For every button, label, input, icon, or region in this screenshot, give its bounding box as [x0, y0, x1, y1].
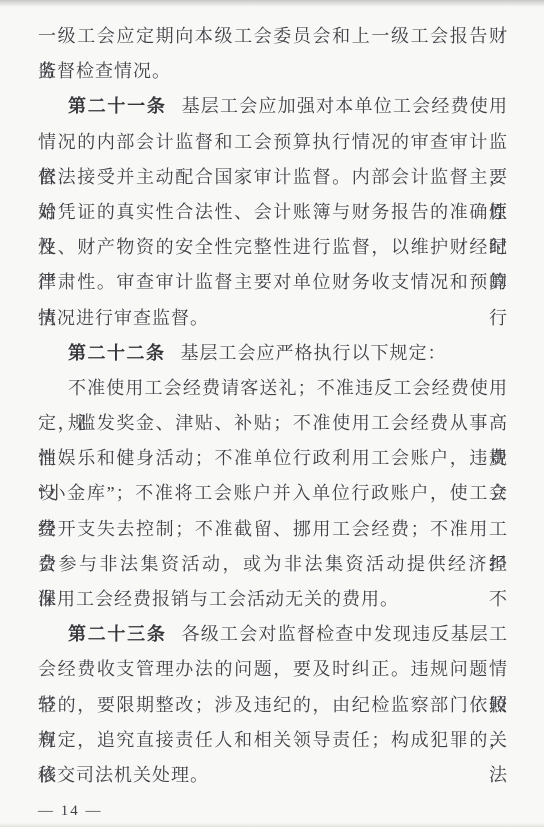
text-line: 会经费收支管理办法的问题，要及时纠正。违规问题情节较 [38, 652, 508, 687]
text-line: “小金库”；不准将工会账户并入单位行政账户，使工会经 [38, 476, 508, 511]
article-number: 第二十三条 [68, 624, 167, 644]
page-number: — 14 — [38, 803, 103, 820]
text-line: 规定，追究直接责任人和相关领导责任；构成犯罪的，依法 [38, 723, 508, 758]
text-line: 轻的，要限期整改；涉及违纪的，由纪检监察部门依照有关 [38, 688, 508, 723]
text-line: 费开支失去控制；不准截留、挪用工会经费；不准用工会经 [38, 512, 508, 547]
document-page: 一级工会应定期向本级工会委员会和上一级工会报告财务 监督检查情况。 第二十一条基… [0, 0, 544, 827]
text-line: 性娱乐和健身活动；不准单位行政利用工会账户，违规设立 [38, 441, 508, 476]
line-text: 各级工会对监督检查中发现违反基层工 [182, 624, 508, 644]
line-text: 基层工会应严格执行以下规定： [181, 343, 447, 363]
line-text: 基层工会应加强对本单位工会经费使用 [182, 96, 508, 116]
text-line: 监督检查情况。 [38, 54, 508, 89]
text-line: 依法接受并主动配合国家审计监督。内部会计监督主要对原 [38, 160, 508, 195]
text-line: 性、财产物资的安全性完整性进行监督，以维护财经纪律的 [38, 230, 508, 265]
line-text: 监督检查情况。 [38, 61, 171, 81]
document-body: 一级工会应定期向本级工会委员会和上一级工会报告财务 监督检查情况。 第二十一条基… [38, 19, 508, 793]
text-line: 不准使用工会经费请客送礼；不准违反工会经费使用规 [38, 371, 508, 406]
line-text: 准用工会经费报销与工会活动无关的费用。 [38, 589, 399, 609]
line-text: 情况进行审查监督。 [38, 308, 209, 328]
article-heading-line: 第二十一条基层工会应加强对本单位工会经费使用 [38, 89, 508, 124]
line-text: 移交司法机关处理。 [38, 765, 209, 785]
text-line: 始凭证的真实性合法性、会计账簿与财务报告的准确性及时 [38, 195, 508, 230]
article-heading-line: 第二十三条各级工会对监督检查中发现违反基层工 [38, 617, 508, 652]
article-heading-line: 第二十二条基层工会应严格执行以下规定： [38, 336, 508, 371]
text-line: 情况的内部会计监督和工会预算执行情况的审查审计监督， [38, 125, 508, 160]
text-line: 严肃性。审查审计监督主要对单位财务收支情况和预算执行 [38, 265, 508, 300]
article-number: 第二十一条 [68, 96, 167, 116]
article-number: 第二十二条 [68, 343, 166, 363]
text-line: 定，滥发奖金、津贴、补贴；不准使用工会经费从事高消费 [38, 406, 508, 441]
text-line: 一级工会应定期向本级工会委员会和上一级工会报告财务 [38, 19, 508, 54]
text-line: 费参与非法集资活动，或为非法集资活动提供经济担保；不 [38, 547, 508, 582]
